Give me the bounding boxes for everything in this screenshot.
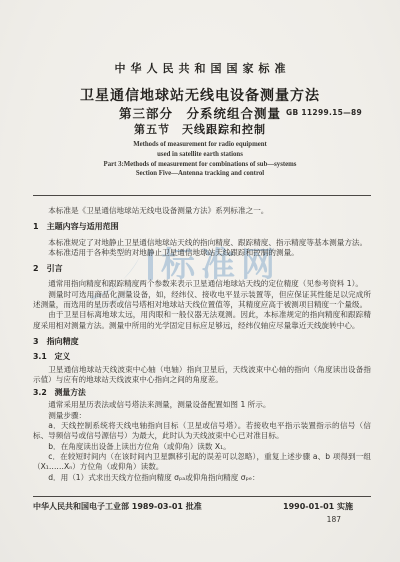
step-a: a．天线控制系统将天线电轴指向目标（卫星或信号塔）。若接收电平指示装置指示的信号…: [33, 421, 371, 442]
section-3-heading: 3 指向精度: [33, 337, 371, 347]
step-b: b．在角度读出设备上读出方位角（或仰角）读数 X₁。: [33, 442, 371, 452]
document-body: 本标准是《卫星通信地球站无线电设备测量方法》系列标准之一。 1 主题内容与适用范…: [33, 206, 371, 483]
section-3-2-paragraph: 测量步骤：: [33, 411, 371, 421]
title-english: Methods of measurement for radio equipme…: [0, 140, 400, 179]
english-line1: Methods of measurement for radio equipme…: [0, 140, 400, 150]
section-2-paragraph: 通常用指向精度和跟踪精度两个参数来表示卫星通信地球站天线的定位精度（见参考资料 …: [33, 279, 371, 289]
document-page: 标准网 中华人民共和国国家标准 卫星通信地球站无线电设备测量方法 第三部分 分系…: [0, 0, 400, 562]
section-1-heading: 1 主题内容与适用范围: [33, 222, 371, 232]
section-2-heading: 2 引言: [33, 264, 371, 274]
national-standard-label: 中华人民共和国国家标准: [0, 60, 400, 76]
english-line3: Part 3:Methods of measurement for combin…: [0, 160, 400, 170]
footer-divider: [33, 496, 371, 497]
measurement-steps: a．天线控制系统将天线电轴指向目标（卫星或信号塔）。若接收电平指示装置指示的信号…: [33, 421, 371, 483]
section-3-1-paragraph: 卫星通信地球站天线波束中心轴（电轴）指向卫星后，天线波束中心轴的指向（角度读出设…: [33, 365, 371, 386]
section-2-paragraph: 由于卫星目标离地球太远，用肉眼和一般仪器无法观测。因此，本标准规定的指向精度和跟…: [33, 310, 371, 331]
step-d: d．用（1）式求出天线方位指向精度 σₚₐ或仰角指向精度 σₚₑ：: [33, 473, 371, 483]
section-3-2-heading: 3.2 测量方法: [33, 388, 371, 398]
page-number: 187: [33, 515, 371, 524]
english-line4: Section Five—Antenna tracking and contro…: [0, 169, 400, 179]
english-line2: used in satellite earth stations: [0, 150, 400, 160]
section-1-paragraph: 本标准规定了对地静止卫星通信地球站天线的指向精度、跟踪精度、指示精度等基本测量方…: [33, 238, 371, 248]
section-1-paragraph: 本标准适用于各种类型的对地静止卫星通信地球站天线跟踪和控制的测量。: [33, 248, 371, 258]
header-divider: [33, 195, 371, 196]
standard-number: GB 11299.15—89: [286, 108, 362, 117]
section-3-2-paragraph: 通常采用星历表法或信号塔法来测量，测量设备配置如图 1 所示。: [33, 400, 371, 410]
implementation-note: 1990-01-01 实施: [283, 501, 371, 512]
title-chinese-line1: 卫星通信地球站无线电设备测量方法: [0, 85, 400, 105]
approval-note: 中华人民共和国电子工业部 1989-03-01 批准: [33, 501, 202, 512]
intro-paragraph: 本标准是《卫星通信地球站无线电设备测量方法》系列标准之一。: [33, 206, 371, 216]
section-2-paragraph: 测量时可选用商品化测量设备，如，经纬仪、接收电平显示装置等，但应保证其性能足以完…: [33, 290, 371, 311]
section-3-1-heading: 3.1 定义: [33, 352, 371, 362]
title-chinese-line3: 第五节 天线跟踪和控制: [0, 121, 400, 137]
footer: 中华人民共和国电子工业部 1989-03-01 批准 1990-01-01 实施: [33, 501, 371, 512]
step-c: c．在较短时间内（在该时间内卫星飘移引起的误差可以忽略），重复上述步骤 a、b …: [33, 452, 371, 473]
